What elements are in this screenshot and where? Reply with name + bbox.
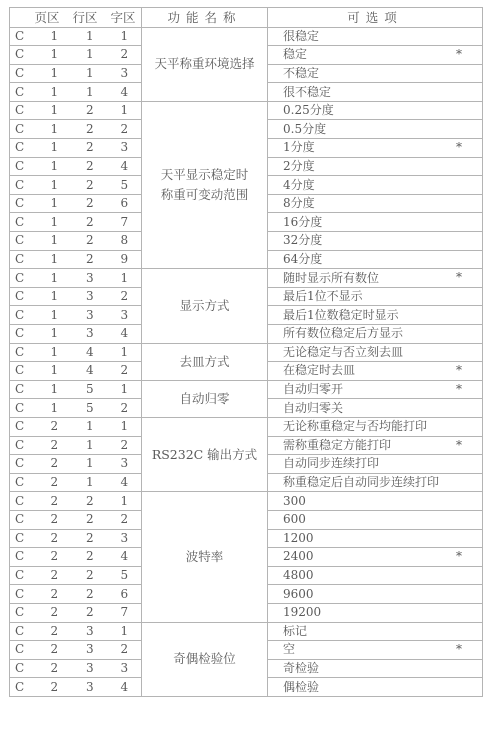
option-cell: 稳定* [268,46,483,65]
char-zone: 7 [108,604,141,621]
code-cell: C223 [10,529,142,548]
code-cell: C127 [10,213,142,232]
page-zone: 2 [37,418,72,435]
char-zone: 1 [108,270,141,287]
page-zone: 2 [37,604,72,621]
option-cell: 1分度* [268,139,483,158]
page-letter: C [10,28,37,45]
page-zone: 2 [37,511,72,528]
option-cell: 称重稳定后自动同步连续打印 [268,473,483,492]
code-cell: C225 [10,566,142,585]
function-name-cell: 奇偶检验位 [142,622,268,696]
option-cell: 自动同步连续打印 [268,455,483,474]
option-cell: 64分度 [268,250,483,269]
option-cell: 无论称重稳定与否均能打印 [268,417,483,436]
char-zone: 4 [108,158,141,175]
char-zone: 1 [108,28,141,45]
default-marker: * [456,381,462,398]
row-zone: 1 [72,28,107,45]
page-letter: C [10,623,37,640]
page-letter: C [10,102,37,119]
row-zone: 2 [72,195,107,212]
option-label: 无论稳定与否立刻去皿 [283,345,403,359]
char-zone: 5 [108,567,141,584]
row-zone: 4 [72,344,107,361]
page-zone-header: 页区 [28,9,66,26]
page-letter: C [10,679,37,696]
option-label: 随时显示所有数位 [283,271,379,285]
page-zone: 2 [37,641,72,658]
char-zone: 1 [108,623,141,640]
option-cell: 16分度 [268,213,483,232]
char-zone: 2 [108,288,141,305]
char-zone: 2 [108,362,141,379]
row-zone: 1 [72,437,107,454]
page-letter: C [10,418,37,435]
page-zone: 1 [37,344,72,361]
code-cell: C124 [10,157,142,176]
page-letter: C [10,121,37,138]
page-letter: C [10,139,37,156]
table-row: C141去皿方式无论稳定与否立刻去皿 [10,343,483,362]
code-cell: C222 [10,510,142,529]
code-cell: C224 [10,548,142,567]
page-zone: 1 [37,195,72,212]
char-zone: 4 [108,548,141,565]
char-zone: 8 [108,232,141,249]
code-cell: C123 [10,139,142,158]
row-zone: 3 [72,325,107,342]
page-zone: 1 [37,84,72,101]
char-zone-header: 字区 [104,9,142,26]
char-zone: 3 [108,307,141,324]
option-label: 无论称重稳定与否均能打印 [283,419,427,433]
option-cell: 300 [268,492,483,511]
page-zone: 2 [37,660,72,677]
code-cell: C114 [10,83,142,102]
table-row: C211RS232C 输出方式无论称重稳定与否均能打印 [10,417,483,436]
page-letter: C [10,288,37,305]
page-letter: C [10,381,37,398]
char-zone: 2 [108,511,141,528]
page-zone: 1 [37,46,72,63]
row-zone: 2 [72,511,107,528]
code-cell: C214 [10,473,142,492]
options-header: 可选项 [268,8,483,28]
option-cell: 需称重稳定方能打印* [268,436,483,455]
function-name-cell: RS232C 输出方式 [142,417,268,491]
char-zone: 5 [108,177,141,194]
page-zone: 2 [37,437,72,454]
option-label: 稳定 [283,47,307,61]
code-cell: C112 [10,46,142,65]
option-label: 1分度 [283,140,315,154]
code-cell: C134 [10,325,142,344]
option-cell: 32分度 [268,232,483,251]
page-letter: C [10,362,37,379]
row-zone: 3 [72,623,107,640]
page-letter: C [10,400,37,417]
page-zone: 2 [37,567,72,584]
function-name-cell: 自动归零 [142,380,268,417]
char-zone: 2 [108,437,141,454]
page-zone: 1 [37,400,72,417]
page-zone: 2 [37,623,72,640]
function-name-cell: 天平称重环境选择 [142,27,268,101]
option-label: 需称重稳定方能打印 [283,438,391,452]
page-letter: C [10,251,37,268]
char-zone: 4 [108,325,141,342]
page-letter: C [10,660,37,677]
row-zone: 1 [72,455,107,472]
page-letter: C [10,344,37,361]
default-marker: * [456,46,462,63]
page-letter: C [10,604,37,621]
option-label: 最后1位数稳定时显示 [283,308,399,322]
page-letter: C [10,641,37,658]
option-cell: 无论稳定与否立刻去皿 [268,343,483,362]
default-marker: * [456,548,462,565]
page-letter: C [10,195,37,212]
char-zone: 4 [108,474,141,491]
page-letter: C [10,474,37,491]
option-label: 自动归零开 [283,382,343,396]
option-label: 很不稳定 [283,85,331,99]
option-label: 2分度 [283,159,315,173]
page-zone: 1 [37,288,72,305]
row-zone: 3 [72,270,107,287]
page-letter: C [10,530,37,547]
option-label: 600 [283,512,306,526]
row-zone: 2 [72,586,107,603]
option-label: 很稳定 [283,29,319,43]
code-cell: C111 [10,27,142,46]
row-zone: 1 [72,474,107,491]
option-label: 8分度 [283,196,315,210]
default-marker: * [456,437,462,454]
page-letter: C [10,511,37,528]
row-zone: 5 [72,381,107,398]
default-marker: * [456,362,462,379]
option-label: 32分度 [283,233,322,247]
char-zone: 6 [108,195,141,212]
function-name-line: 天平显示稳定时 [142,165,267,185]
table-row: C111天平称重环境选择很稳定 [10,27,483,46]
settings-table: 页区行区字区 功能名称 可选项 C111天平称重环境选择很稳定C112稳定*C1… [9,7,483,697]
char-zone: 1 [108,344,141,361]
option-cell: 1200 [268,529,483,548]
option-label: 2400 [283,549,314,563]
code-cell: C121 [10,101,142,120]
code-cell: C113 [10,64,142,83]
table-row: C231奇偶检验位标记 [10,622,483,641]
page-letter: C [10,455,37,472]
page-zone: 2 [37,493,72,510]
table-row: C121天平显示稳定时称重可变动范围0.25分度 [10,101,483,120]
code-cell: C132 [10,287,142,306]
page-zone: 1 [37,102,72,119]
row-zone: 1 [72,65,107,82]
option-cell: 很稳定 [268,27,483,46]
page-zone: 1 [37,232,72,249]
option-cell: 600 [268,510,483,529]
option-cell: 偶检验 [268,678,483,697]
table-row: C131显示方式随时显示所有数位* [10,269,483,288]
option-cell: 自动归零开* [268,380,483,399]
char-zone: 6 [108,586,141,603]
option-cell: 8分度 [268,194,483,213]
char-zone: 1 [108,381,141,398]
option-label: 4分度 [283,178,315,192]
option-label: 64分度 [283,252,322,266]
page-letter: C [10,567,37,584]
row-zone: 3 [72,679,107,696]
row-zone: 4 [72,362,107,379]
row-zone: 3 [72,660,107,677]
option-cell: 4分度 [268,176,483,195]
row-zone: 3 [72,307,107,324]
code-cell: C211 [10,417,142,436]
page-zone: 1 [37,270,72,287]
code-cell: C151 [10,380,142,399]
page-zone: 1 [37,214,72,231]
row-zone: 3 [72,288,107,305]
page-zone: 2 [37,474,72,491]
char-zone: 2 [108,121,141,138]
default-marker: * [456,269,462,286]
page-zone: 2 [37,586,72,603]
char-zone: 4 [108,84,141,101]
page-zone: 1 [37,158,72,175]
page-letter: C [10,586,37,603]
code-cell: C142 [10,362,142,381]
code-cell: C128 [10,232,142,251]
code-cell: C131 [10,269,142,288]
function-name-line: 称重可变动范围 [142,185,267,205]
page-zone: 1 [37,28,72,45]
option-label: 自动同步连续打印 [283,456,379,470]
option-cell: 最后1位数稳定时显示 [268,306,483,325]
page-zone: 2 [37,455,72,472]
code-cell: C129 [10,250,142,269]
option-cell: 最后1位不显示 [268,287,483,306]
page-letter: C [10,437,37,454]
char-zone: 2 [108,400,141,417]
char-zone: 3 [108,660,141,677]
char-zone: 1 [108,493,141,510]
page-letter: C [10,65,37,82]
option-cell: 2400* [268,548,483,567]
page-zone: 1 [37,121,72,138]
option-cell: 0.5分度 [268,120,483,139]
row-zone: 2 [72,548,107,565]
page-zone: 1 [37,325,72,342]
option-label: 所有数位稳定后方显示 [283,326,403,340]
char-zone: 3 [108,65,141,82]
char-zone: 2 [108,46,141,63]
page-zone: 2 [37,530,72,547]
code-cell: C234 [10,678,142,697]
option-label: 0.25分度 [283,103,334,117]
option-label: 自动归零关 [283,401,343,415]
code-cell: C227 [10,603,142,622]
page-zone: 1 [37,65,72,82]
option-label: 4800 [283,568,314,582]
row-zone: 2 [72,177,107,194]
page-zone: 1 [37,362,72,379]
char-zone: 7 [108,214,141,231]
table-row: C151自动归零自动归零开* [10,380,483,399]
function-name-cell: 去皿方式 [142,343,268,380]
code-cell: C126 [10,194,142,213]
row-zone: 2 [72,121,107,138]
code-cell: C231 [10,622,142,641]
page-zone: 1 [37,139,72,156]
page-zone: 1 [37,251,72,268]
page-zone: 1 [37,177,72,194]
code-cell: C233 [10,659,142,678]
option-label: 最后1位不显示 [283,289,363,303]
page-zone: 1 [37,381,72,398]
option-cell: 在稳定时去皿* [268,362,483,381]
row-zone: 2 [72,232,107,249]
code-cell: C122 [10,120,142,139]
row-zone: 2 [72,604,107,621]
page-letter: C [10,214,37,231]
row-zone: 1 [72,46,107,63]
option-label: 16分度 [283,215,322,229]
option-label: 奇检验 [283,661,319,675]
row-zone: 1 [72,418,107,435]
function-name-header: 功能名称 [142,8,268,28]
row-zone: 2 [72,567,107,584]
option-label: 0.5分度 [283,122,326,136]
char-zone: 3 [108,139,141,156]
function-name-cell: 显示方式 [142,269,268,343]
option-cell: 0.25分度 [268,101,483,120]
char-zone: 3 [108,455,141,472]
option-cell: 9600 [268,585,483,604]
option-cell: 标记 [268,622,483,641]
option-label: 称重稳定后自动同步连续打印 [283,475,439,489]
header-row: 页区行区字区 功能名称 可选项 [10,8,483,28]
page-letter: C [10,270,37,287]
page-letter: C [10,232,37,249]
row-zone-header: 行区 [66,9,104,26]
row-zone: 2 [72,158,107,175]
option-cell: 随时显示所有数位* [268,269,483,288]
option-label: 9600 [283,587,314,601]
page-letter: C [10,493,37,510]
option-cell: 不稳定 [268,64,483,83]
row-zone: 2 [72,214,107,231]
row-zone: 2 [72,139,107,156]
option-label: 标记 [283,624,307,638]
row-zone: 2 [72,493,107,510]
page-letter: C [10,307,37,324]
code-cell: C133 [10,306,142,325]
option-label: 300 [283,494,306,508]
option-cell: 19200 [268,603,483,622]
code-header: 页区行区字区 [10,8,142,28]
char-zone: 1 [108,102,141,119]
option-cell: 空* [268,641,483,660]
char-zone: 3 [108,530,141,547]
row-zone: 2 [72,251,107,268]
function-name-cell: 天平显示稳定时称重可变动范围 [142,101,268,268]
page-letter: C [10,325,37,342]
code-cell: C152 [10,399,142,418]
page-zone: 2 [37,548,72,565]
code-cell: C125 [10,176,142,195]
function-name-cell: 波特率 [142,492,268,622]
row-zone: 5 [72,400,107,417]
code-cell: C221 [10,492,142,511]
option-label: 1200 [283,531,314,545]
option-cell: 2分度 [268,157,483,176]
option-cell: 自动归零关 [268,399,483,418]
char-zone: 9 [108,251,141,268]
code-cell: C213 [10,455,142,474]
page-letter: C [10,177,37,194]
page-letter: C [10,548,37,565]
row-zone: 2 [72,530,107,547]
row-zone: 2 [72,102,107,119]
option-label: 偶检验 [283,680,319,694]
page-zone: 1 [37,307,72,324]
default-marker: * [456,139,462,156]
code-cell: C212 [10,436,142,455]
page-letter: C [10,158,37,175]
option-cell: 4800 [268,566,483,585]
char-zone: 1 [108,418,141,435]
page-letter: C [10,46,37,63]
option-label: 19200 [283,605,321,619]
option-cell: 很不稳定 [268,83,483,102]
option-cell: 所有数位稳定后方显示 [268,325,483,344]
code-cell: C232 [10,641,142,660]
page-zone: 2 [37,679,72,696]
code-cell: C226 [10,585,142,604]
option-label: 空 [283,642,295,656]
option-label: 在稳定时去皿 [283,363,355,377]
row-zone: 1 [72,84,107,101]
char-zone: 2 [108,641,141,658]
code-cell: C141 [10,343,142,362]
char-zone: 4 [108,679,141,696]
row-zone: 3 [72,641,107,658]
default-marker: * [456,641,462,658]
option-cell: 奇检验 [268,659,483,678]
page-letter: C [10,84,37,101]
option-label: 不稳定 [283,66,319,80]
table-row: C221波特率300 [10,492,483,511]
